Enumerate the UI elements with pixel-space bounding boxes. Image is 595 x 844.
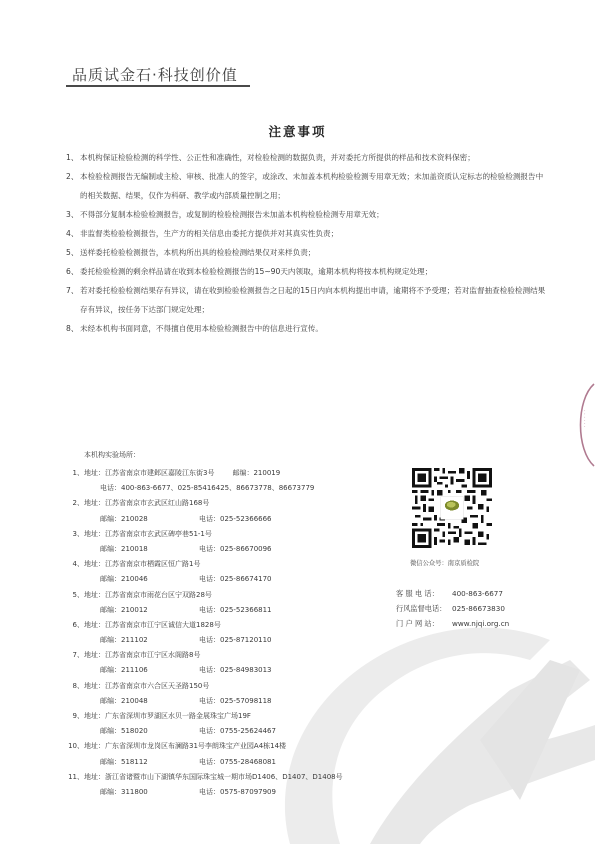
supervision-phone: 025-86673830 <box>452 601 505 616</box>
lab-site: 1、地址：江苏省南京市建邺区嘉陵江东街3号邮编：210019 电话：400-86… <box>68 466 388 496</box>
site-address: 江苏省南京市六合区天圣路150号 <box>105 679 209 694</box>
lab-site: 3、地址：江苏省南京市玄武区碑亭巷51-1号 邮编：210018电话：025-8… <box>68 527 388 557</box>
lab-site: 8、地址：江苏省南京市六合区天圣路150号 邮编：210048电话：025-57… <box>68 679 388 709</box>
site-postal: 518112 <box>121 755 199 770</box>
seal-stamp-edge: · · · · · · <box>568 380 595 470</box>
site-phone: 025-86670096 <box>220 542 272 557</box>
contact-row-website: 门 户 网 站：www.njqi.org.cn <box>396 616 509 631</box>
notice-item: 3、不得部分复制本检验检测报告，或复制的检验检测报告未加盖本机构检验检测专用章无… <box>66 205 546 224</box>
site-phone: 0575-87097909 <box>220 785 276 800</box>
header-divider <box>66 85 250 87</box>
site-postal: 211106 <box>121 663 199 678</box>
wechat-qr-code[interactable] <box>412 468 492 548</box>
site-phone: 025-52366666 <box>220 512 272 527</box>
lab-site: 10、地址：广东省深圳市龙岗区布澜路31号李朗珠宝产业园A4栋14楼 邮编：51… <box>68 739 388 769</box>
contact-row-supervision-phone: 行风监督电话：025-86673830 <box>396 601 509 616</box>
notice-list: 1、本机构保证检验检测的科学性、公正性和准确性，对检验检测的数据负责，并对委托方… <box>66 148 546 338</box>
site-address: 江苏省南京市栖霞区恒广路1号 <box>105 557 200 572</box>
header-slogan: 品质试金石·科技创价值 <box>72 64 238 85</box>
site-address: 江苏省南京市玄武区碑亭巷51-1号 <box>105 527 212 542</box>
notice-item: 1、本机构保证检验检测的科学性、公正性和准确性，对检验检测的数据负责，并对委托方… <box>66 148 546 167</box>
report-back-page: 品质试金石·科技创价值 注意事项 1、本机构保证检验检测的科学性、公正性和准确性… <box>0 0 595 844</box>
lab-site: 7、地址：江苏省南京市江宁区水阁路8号 邮编：211106电话：025-8498… <box>68 648 388 678</box>
labs-heading: 本机构实验场所： <box>84 450 140 460</box>
site-phone: 400-863-6677、025-85416425、86673778、86673… <box>121 481 314 496</box>
site-address: 江苏省南京市江宁区水阁路8号 <box>105 648 200 663</box>
site-phone: 025-52366811 <box>220 603 272 618</box>
site-address: 广东省深圳市罗湖区水贝一路金展珠宝广场19F <box>105 709 251 724</box>
site-address: 江苏省南京市雨花台区宁双路28号 <box>105 588 212 603</box>
site-postal: 210048 <box>121 694 199 709</box>
site-postal: 210046 <box>121 572 199 587</box>
site-postal: 210018 <box>121 542 199 557</box>
site-postal: 210028 <box>121 512 199 527</box>
site-postal: 210019 <box>253 466 280 481</box>
lab-site: 9、地址：广东省深圳市罗湖区水贝一路金展珠宝广场19F 邮编：518020电话：… <box>68 709 388 739</box>
site-address: 江苏省南京市建邺区嘉陵江东街3号 <box>105 466 214 481</box>
site-postal: 311800 <box>121 785 199 800</box>
lab-site: 4、地址：江苏省南京市栖霞区恒广路1号 邮编：210046电话：025-8667… <box>68 557 388 587</box>
site-address: 广东省深圳市龙岗区布澜路31号李朗珠宝产业园A4栋14楼 <box>105 739 286 754</box>
site-postal: 518020 <box>121 724 199 739</box>
site-phone: 025-86674170 <box>220 572 272 587</box>
svg-text:· · · · · ·: · · · · · · <box>581 410 587 428</box>
site-phone: 025-84983013 <box>220 663 272 678</box>
notice-item: 5、送样委托检验检测报告，本机构所出具的检验检测结果仅对来样负责； <box>66 243 546 262</box>
site-phone: 025-87120110 <box>220 633 272 648</box>
site-phone: 0755-28468081 <box>220 755 276 770</box>
website-link[interactable]: www.njqi.org.cn <box>452 616 509 631</box>
notice-item: 4、非监督类检验检测报告，生产方的相关信息由委托方提供并对其真实性负责； <box>66 224 546 243</box>
contact-info: 客 服 电 话：400-863-6677 行风监督电话：025-86673830… <box>396 586 509 631</box>
lab-site: 11、地址：浙江省诸暨市山下湖镇华东国际珠宝城一期市场D1406、D1407、D… <box>68 770 388 800</box>
notice-item: 2、本检验检测报告无编制或主检、审核、批准人的签字，或涂改、未加盖本机构检验检测… <box>66 167 546 205</box>
site-postal: 210012 <box>121 603 199 618</box>
notice-item: 6、委托检验检测的剩余样品请在收到本检验检测报告的15~90天内领取，逾期本机构… <box>66 262 546 281</box>
wechat-caption: 微信公众号：南京质检院 <box>410 558 479 567</box>
site-address: 浙江省诸暨市山下湖镇华东国际珠宝城一期市场D1406、D1407、D1408号 <box>105 770 343 785</box>
contact-row-service-phone: 客 服 电 话：400-863-6677 <box>396 586 509 601</box>
lab-sites-list: 1、地址：江苏省南京市建邺区嘉陵江东街3号邮编：210019 电话：400-86… <box>68 466 388 800</box>
site-address: 江苏省南京市江宁区诚信大道1828号 <box>105 618 221 633</box>
service-phone: 400-863-6677 <box>452 586 503 601</box>
notice-item: 7、若对委托检验检测结果存有异议，请在收到检验检测报告之日起的15日内向本机构提… <box>66 281 546 319</box>
lab-site: 2、地址：江苏省南京市玄武区红山路168号 邮编：210028电话：025-52… <box>68 496 388 526</box>
notice-title: 注意事项 <box>0 122 595 140</box>
site-postal: 211102 <box>121 633 199 648</box>
site-phone: 0755-25624467 <box>220 724 276 739</box>
site-phone: 025-57098118 <box>220 694 272 709</box>
lab-site: 6、地址：江苏省南京市江宁区诚信大道1828号 邮编：211102电话：025-… <box>68 618 388 648</box>
notice-item: 8、未经本机构书面同意，不得擅自使用本检验检测报告中的信息进行宣传。 <box>66 319 546 338</box>
site-address: 江苏省南京市玄武区红山路168号 <box>105 496 209 511</box>
lab-site: 5、地址：江苏省南京市雨花台区宁双路28号 邮编：210012电话：025-52… <box>68 588 388 618</box>
